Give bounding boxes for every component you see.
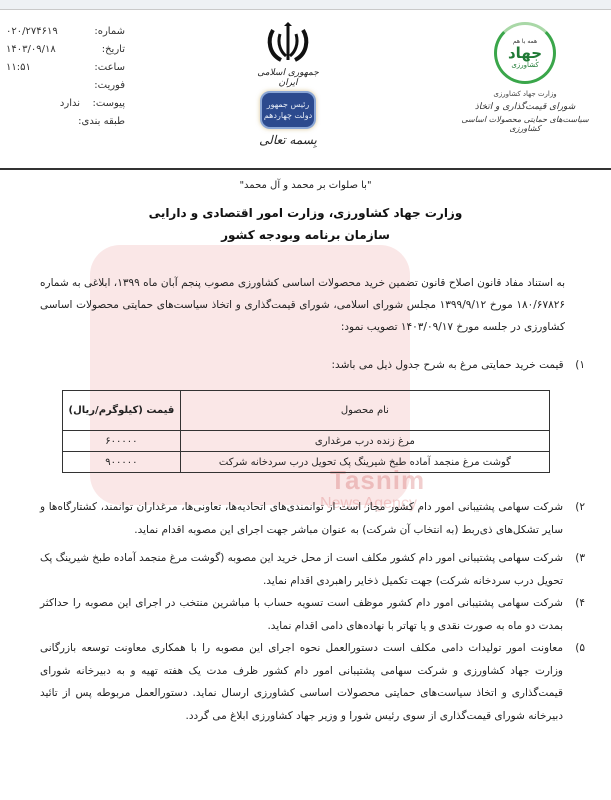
jihad-agriculture-logo-icon: همه با هم جهاد کشاورزی	[494, 22, 556, 84]
meta-number: شماره: ۰۲۰/۲۷۴۶۱۹	[0, 22, 125, 40]
list-item: ۳) شرکت سهامی پشتیبانی امور دام کشور مکل…	[40, 547, 585, 592]
price-table: نام محصول قیمت (کیلوگرم/ریال) مرغ زنده د…	[62, 390, 550, 473]
presidency-badge: رئیس جمهور دولت چهاردهم	[260, 91, 316, 129]
list-item: ۲) شرکت سهامی پشتیبانی امور دام کشور مجا…	[40, 496, 585, 541]
clauses-list: ۲) شرکت سهامی پشتیبانی امور دام کشور مجا…	[40, 496, 585, 727]
logo-council-name-2: سیاست‌های حمایتی محصولات اساسی کشاورزی	[455, 115, 595, 133]
header-divider	[0, 168, 611, 170]
letter-meta: شماره: ۰۲۰/۲۷۴۶۱۹ تاریخ: ۱۴۰۳/۰۹/۱۸ ساعت…	[0, 22, 125, 130]
state-emblem: جمهوری اسلامی ایران رئیس جمهور دولت چهار…	[248, 22, 328, 147]
table-row: گوشت مرغ منجمد آماده طبخ شیرینگ پک تحویل…	[63, 452, 550, 473]
cell-product: گوشت مرغ منجمد آماده طبخ شیرینگ پک تحویل…	[180, 452, 549, 473]
document-page: Tasnim News Agency شماره: ۰۲۰/۲۷۴۶۱۹ تار…	[0, 10, 611, 800]
meta-urgency: فوریت:	[0, 76, 125, 94]
addressee-line-2: سازمان برنامه وبودجه کشور	[0, 224, 611, 246]
item-1: ۱) قیمت خرید حمایتی مرغ به شرح جدول ذیل …	[40, 354, 585, 376]
bismeh-text: بِسمه تعالی	[248, 133, 328, 147]
meta-time: ساعت: ۱۱:۵۱	[0, 58, 125, 76]
meta-date: تاریخ: ۱۴۰۳/۰۹/۱۸	[0, 40, 125, 58]
ministry-logo: همه با هم جهاد کشاورزی وزارت جهاد کشاورز…	[455, 22, 595, 133]
header-product-name: نام محصول	[180, 391, 549, 431]
cell-price: ۹۰۰۰۰۰	[63, 452, 181, 473]
list-item: ۴) شرکت سهامی پشتیبانی امور دام کشور موظ…	[40, 592, 585, 637]
cell-price: ۶۰۰۰۰۰	[63, 431, 181, 452]
iran-emblem-icon	[265, 22, 311, 66]
header-price: قیمت (کیلوگرم/ریال)	[63, 391, 181, 431]
intro-paragraph: به استناد مفاد قانون اصلاح قانون تضمین خ…	[40, 272, 585, 338]
table-row: مرغ زنده درب مرغداری ۶۰۰۰۰۰	[63, 431, 550, 452]
top-bar	[0, 0, 611, 10]
meta-attachment: پیوست: ندارد	[0, 94, 125, 112]
list-item: ۵) معاونت امور تولیدات دامی مکلف است دست…	[40, 637, 585, 727]
emblem-caption: جمهوری اسلامی ایران	[248, 68, 328, 88]
addressees: وزارت جهاد کشاورزی، وزارت امور اقتصادی و…	[0, 202, 611, 246]
cell-product: مرغ زنده درب مرغداری	[180, 431, 549, 452]
salavat-line: "با صلوات بر محمد و آل محمد"	[0, 180, 611, 191]
meta-classification: طبقه بندی:	[0, 112, 125, 130]
logo-ministry-name: وزارت جهاد کشاورزی	[455, 90, 595, 98]
logo-council-name: شورای قیمت‌گذاری و اتخاذ	[455, 102, 595, 112]
addressee-line-1: وزارت جهاد کشاورزی، وزارت امور اقتصادی و…	[0, 202, 611, 224]
table-header-row: نام محصول قیمت (کیلوگرم/ریال)	[63, 391, 550, 431]
